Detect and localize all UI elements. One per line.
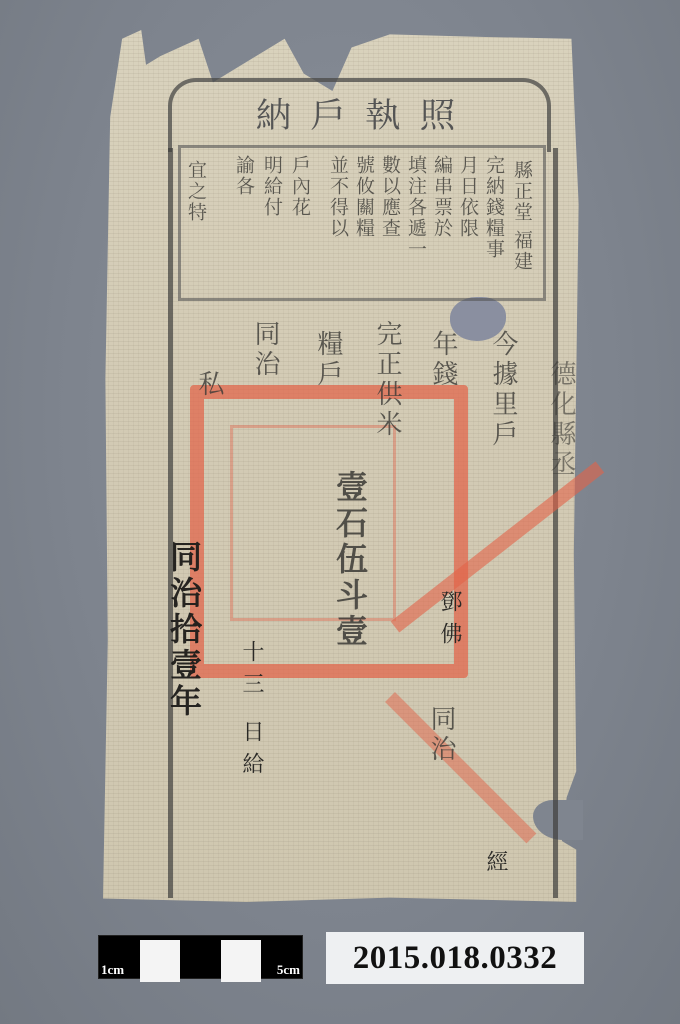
header-column: 宜之特 [186,160,205,223]
body-column: 私 [196,370,222,400]
document-title: 納戶執照 [229,88,502,137]
header-column: 諭各 [234,155,253,197]
red-seal-inner [230,425,396,621]
header-column: 縣正堂 [512,160,531,223]
handwritten-clerk: 經 [484,850,506,882]
handwritten-issued: 日給 [240,720,262,784]
scale-bar: 1cm 5cm [98,935,303,979]
header-column: 月日依限 [458,155,477,239]
header-column: 福建 [512,230,531,272]
scale-label-left: 1cm [101,962,124,978]
reign-year-column: 同治拾壹年 [168,540,200,720]
header-column: 號攸關糧 [354,155,373,239]
body-column: 同治 [428,705,454,765]
taxpayer-name: 鄧佛 [438,590,460,654]
body-column: 年錢 [430,330,456,390]
body-column: 糧戶 [315,330,341,390]
accession-number-label: 2015.018.0332 [326,932,584,984]
right-margin-column: 德化縣丞 [548,360,574,480]
header-column: 數以應查 [380,155,399,239]
scale-segment-black [180,936,221,978]
body-column: 同治 [252,320,278,380]
scale-segment-white [140,940,181,982]
header-column: 並不得以 [328,155,347,239]
body-column: 完正供米 [374,320,400,440]
body-column: 今據里戶 [490,330,516,450]
grain-amount: 壹石伍斗壹 [334,470,366,650]
header-column: 編串票於 [432,155,451,239]
scale-segment-white [221,940,262,982]
header-column: 填注各遞一 [406,155,425,260]
header-column: 戶內花 [290,155,309,218]
header-column: 完納錢糧事 [484,155,503,260]
header-column: 明給付 [262,155,281,218]
scale-label-right: 5cm [277,962,300,978]
handwritten-day: 十三 [240,640,262,704]
